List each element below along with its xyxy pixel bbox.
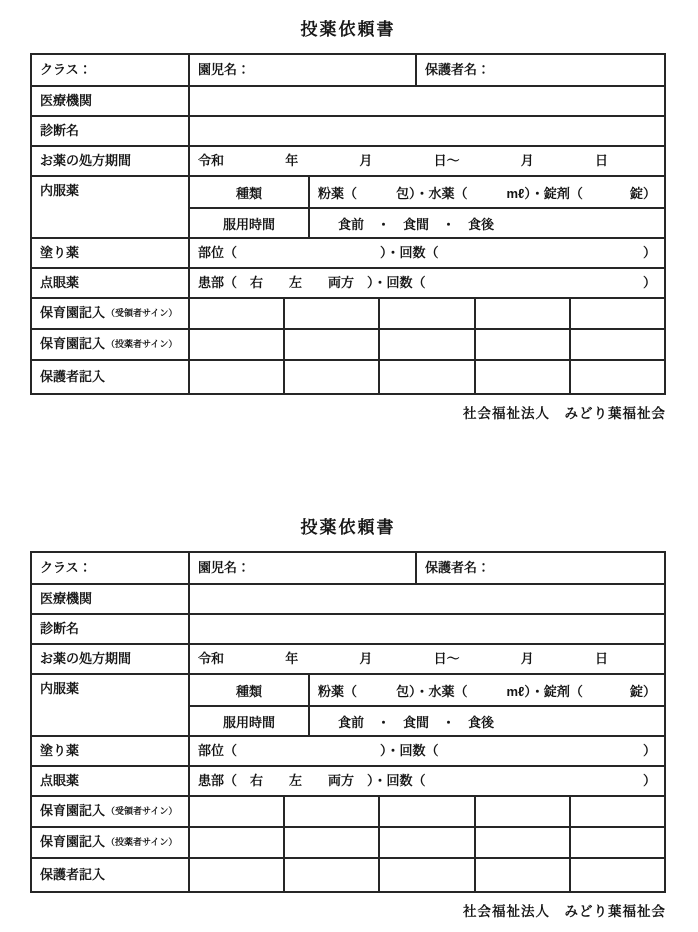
eye-drops-row: 点眼薬 患部（ 右 左 両方 ）・回数（ ） — [32, 267, 664, 297]
dose-time-row: 服用時間 食前 ・ 食間 ・ 食後 — [190, 705, 664, 735]
medical-institution-value — [188, 87, 664, 115]
sign-cell — [474, 859, 569, 891]
sign-cell — [188, 828, 283, 857]
nursery-receipt-label: 保育園記入 （受領者サイン） — [32, 797, 188, 826]
nursery-receipt-label: 保育園記入 （受領者サイン） — [32, 299, 188, 328]
ointment-site-count: 部位（ ）・回数（ — [198, 744, 439, 759]
organization-name: 社会福祉法人 みどり葉福祉会 — [30, 402, 666, 422]
header-row: クラス： 園児名： 保護者名： — [32, 55, 664, 85]
sign-cell — [569, 797, 664, 826]
sign-cell — [283, 859, 378, 891]
sign-cell — [188, 299, 283, 328]
nursery-dose-label-main: 保育園記入 — [40, 835, 105, 850]
month-label: 月 — [359, 154, 372, 169]
guardian-entry-row: 保護者記入 — [32, 857, 664, 891]
medical-institution-row: 医療機関 — [32, 583, 664, 613]
class-field: クラス： — [32, 553, 188, 583]
ointment-value: 部位（ ）・回数（ ） — [188, 737, 664, 765]
oral-medicine-subtable: 種類 粉薬（ 包）・水薬（ mℓ）・錠剤（ 錠） 服用時間 食前 ・ 食間 ・ … — [188, 675, 664, 735]
sign-cell — [378, 859, 473, 891]
sign-cell — [378, 828, 473, 857]
ointment-label: 塗り薬 — [32, 737, 188, 765]
ointment-label: 塗り薬 — [32, 239, 188, 267]
sign-cell — [188, 859, 283, 891]
dose-time-label: 服用時間 — [190, 209, 308, 237]
oral-medicine-subtable: 種類 粉薬（ 包）・水薬（ mℓ）・錠剤（ 錠） 服用時間 食前 ・ 食間 ・ … — [188, 177, 664, 237]
diagnosis-row: 診断名 — [32, 115, 664, 145]
medical-institution-row: 医療機関 — [32, 85, 664, 115]
sign-cell — [378, 797, 473, 826]
sign-cell — [283, 330, 378, 359]
nursery-receipt-row: 保育園記入 （受領者サイン） — [32, 795, 664, 826]
sign-cell — [188, 797, 283, 826]
oral-medicine-label: 内服薬 — [32, 177, 188, 237]
sign-cell — [283, 828, 378, 857]
year-label: 年 — [285, 154, 298, 169]
eye-drops-label: 点眼薬 — [32, 767, 188, 795]
ointment-site-count: 部位（ ）・回数（ — [198, 246, 439, 261]
ointment-close: ） — [643, 744, 656, 759]
oral-medicine-label: 内服薬 — [32, 675, 188, 735]
nursery-receipt-row: 保育園記入 （受領者サイン） — [32, 297, 664, 328]
era-label: 令和 — [198, 652, 224, 667]
diagnosis-value — [188, 117, 664, 145]
nursery-dose-row: 保育園記入 （投薬者サイン） — [32, 826, 664, 857]
dose-time-label: 服用時間 — [190, 707, 308, 735]
oral-medicine-row: 内服薬 種類 粉薬（ 包）・水薬（ mℓ）・錠剤（ 錠） 服用時間 食前 ・ 食… — [32, 175, 664, 237]
oral-medicine-row: 内服薬 種類 粉薬（ 包）・水薬（ mℓ）・錠剤（ 錠） 服用時間 食前 ・ 食… — [32, 673, 664, 735]
medicine-type-options: 粉薬（ 包）・水薬（ mℓ）・錠剤（ — [318, 681, 583, 700]
sign-cell — [188, 361, 283, 393]
organization-name: 社会福祉法人 みどり葉福祉会 — [30, 900, 666, 920]
medication-request-form-top: 投薬依頼書 クラス： 園児名： 保護者名： 医療機関 診断名 お薬の処方期間 令… — [0, 0, 698, 422]
era-label: 令和 — [198, 154, 224, 169]
guardian-name-field: 保護者名： — [415, 55, 664, 85]
month-to-label: 月 — [521, 154, 534, 169]
medicine-type-value: 粉薬（ 包）・水薬（ mℓ）・錠剤（ 錠） — [308, 177, 664, 207]
year-label: 年 — [285, 652, 298, 667]
medicine-type-label: 種類 — [190, 177, 308, 207]
eye-drops-close: ） — [643, 276, 656, 291]
sign-cell — [378, 299, 473, 328]
prescription-period-label: お薬の処方期間 — [32, 645, 188, 673]
medicine-type-options: 粉薬（ 包）・水薬（ mℓ）・錠剤（ — [318, 183, 583, 202]
eye-drops-site-count: 患部（ 右 左 両方 ）・回数（ — [198, 774, 426, 789]
diagnosis-label: 診断名 — [32, 117, 188, 145]
nursery-receipt-label-small: （受領者サイン） — [106, 308, 177, 318]
prescription-period-value: 令和 年 月 日～ 月 日 — [188, 147, 664, 175]
sign-cell — [569, 859, 664, 891]
medicine-type-row: 種類 粉薬（ 包）・水薬（ mℓ）・錠剤（ 錠） — [190, 177, 664, 207]
prescription-period-label: お薬の処方期間 — [32, 147, 188, 175]
form-table: クラス： 園児名： 保護者名： 医療機関 診断名 お薬の処方期間 令和 年 月 … — [30, 53, 666, 395]
eye-drops-row: 点眼薬 患部（ 右 左 両方 ）・回数（ ） — [32, 765, 664, 795]
nursery-dose-label-main: 保育園記入 — [40, 337, 105, 352]
medicine-type-value: 粉薬（ 包）・水薬（ mℓ）・錠剤（ 錠） — [308, 675, 664, 705]
medicine-type-close: 錠） — [630, 183, 656, 202]
month-to-label: 月 — [521, 652, 534, 667]
sign-cell — [569, 828, 664, 857]
medicine-type-label: 種類 — [190, 675, 308, 705]
guardian-entry-label: 保護者記入 — [32, 859, 188, 891]
ointment-close: ） — [643, 246, 656, 261]
class-field: クラス： — [32, 55, 188, 85]
sign-cell — [378, 361, 473, 393]
diagnosis-label: 診断名 — [32, 615, 188, 643]
diagnosis-value — [188, 615, 664, 643]
form-title: 投薬依頼書 — [30, 513, 666, 538]
nursery-dose-label: 保育園記入 （投薬者サイン） — [32, 330, 188, 359]
guardian-entry-label: 保護者記入 — [32, 361, 188, 393]
nursery-dose-row: 保育園記入 （投薬者サイン） — [32, 328, 664, 359]
ointment-row: 塗り薬 部位（ ）・回数（ ） — [32, 735, 664, 765]
eye-drops-label: 点眼薬 — [32, 269, 188, 297]
day-from-label: 日～ — [434, 652, 460, 667]
medicine-type-close: 錠） — [630, 681, 656, 700]
day-from-label: 日～ — [434, 154, 460, 169]
guardian-name-field: 保護者名： — [415, 553, 664, 583]
medical-institution-value — [188, 585, 664, 613]
sign-cell — [569, 361, 664, 393]
child-name-field: 園児名： — [188, 553, 415, 583]
day-to-label: 日 — [595, 154, 608, 169]
medicine-type-row: 種類 粉薬（ 包）・水薬（ mℓ）・錠剤（ 錠） — [190, 675, 664, 705]
sign-cell — [474, 361, 569, 393]
form-table: クラス： 園児名： 保護者名： 医療機関 診断名 お薬の処方期間 令和 年 月 … — [30, 551, 666, 893]
nursery-dose-label-small: （投薬者サイン） — [106, 339, 177, 349]
sign-cell — [474, 797, 569, 826]
eye-drops-value: 患部（ 右 左 両方 ）・回数（ ） — [188, 269, 664, 297]
sign-cell — [569, 330, 664, 359]
dose-time-value: 食前 ・ 食間 ・ 食後 — [308, 209, 664, 237]
nursery-receipt-label-main: 保育園記入 — [40, 306, 105, 321]
sign-cell — [188, 330, 283, 359]
form-title: 投薬依頼書 — [30, 15, 666, 40]
sign-cell — [378, 330, 473, 359]
sign-cell — [283, 299, 378, 328]
ointment-value: 部位（ ）・回数（ ） — [188, 239, 664, 267]
medication-request-form-bottom: 投薬依頼書 クラス： 園児名： 保護者名： 医療機関 診断名 お薬の処方期間 令… — [0, 513, 698, 920]
sign-cell — [474, 299, 569, 328]
eye-drops-site-count: 患部（ 右 左 両方 ）・回数（ — [198, 276, 426, 291]
sign-cell — [474, 828, 569, 857]
prescription-period-row: お薬の処方期間 令和 年 月 日～ 月 日 — [32, 643, 664, 673]
sign-cell — [569, 299, 664, 328]
sign-cell — [283, 797, 378, 826]
dose-time-row: 服用時間 食前 ・ 食間 ・ 食後 — [190, 207, 664, 237]
dose-time-value: 食前 ・ 食間 ・ 食後 — [308, 707, 664, 735]
sign-cell — [283, 361, 378, 393]
day-to-label: 日 — [595, 652, 608, 667]
prescription-period-value: 令和 年 月 日～ 月 日 — [188, 645, 664, 673]
eye-drops-value: 患部（ 右 左 両方 ）・回数（ ） — [188, 767, 664, 795]
prescription-period-row: お薬の処方期間 令和 年 月 日～ 月 日 — [32, 145, 664, 175]
month-label: 月 — [359, 652, 372, 667]
medical-institution-label: 医療機関 — [32, 585, 188, 613]
sign-cell — [474, 330, 569, 359]
ointment-row: 塗り薬 部位（ ）・回数（ ） — [32, 237, 664, 267]
nursery-dose-label: 保育園記入 （投薬者サイン） — [32, 828, 188, 857]
nursery-receipt-label-main: 保育園記入 — [40, 804, 105, 819]
nursery-dose-label-small: （投薬者サイン） — [106, 837, 177, 847]
eye-drops-close: ） — [643, 774, 656, 789]
header-row: クラス： 園児名： 保護者名： — [32, 553, 664, 583]
nursery-receipt-label-small: （受領者サイン） — [106, 806, 177, 816]
diagnosis-row: 診断名 — [32, 613, 664, 643]
medical-institution-label: 医療機関 — [32, 87, 188, 115]
child-name-field: 園児名： — [188, 55, 415, 85]
guardian-entry-row: 保護者記入 — [32, 359, 664, 393]
